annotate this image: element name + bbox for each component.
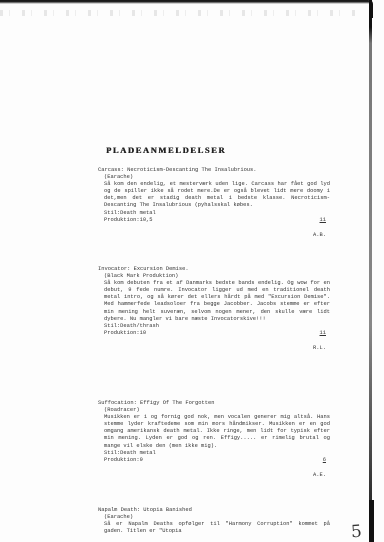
review-title: Suffocation: Effigy Of The Forgotten	[98, 400, 330, 407]
review-signature: A.B.	[98, 232, 326, 239]
review-invocator: Invocator: Excursion Demise. (Black Mark…	[98, 266, 330, 352]
scan-top-border	[0, 0, 372, 4]
review-style: Stil:Death/thrash	[104, 323, 330, 330]
scan-top-noise	[0, 10, 360, 16]
scan-right-edge-corner	[369, 0, 373, 18]
review-title: Invocator: Excursion Demise.	[98, 266, 330, 273]
review-production-row: Produktion:9 6	[104, 457, 330, 464]
review-body: Så kom den endelig, et mesterværk uden l…	[104, 181, 330, 209]
review-production-row: Produktion:10,5 11	[104, 217, 330, 224]
review-napalm-death: Napalm Death: Utopia Banished (Earache) …	[98, 507, 330, 535]
scanned-document-page: PLADEANMELDELSER Carcass: Necroticism-De…	[0, 0, 384, 542]
review-production: Produktion:10	[104, 330, 146, 337]
review-production: Produktion:10,5	[104, 217, 153, 224]
review-title: Carcass: Necroticism-Descanting The Insa…	[98, 167, 330, 174]
review-score: 11	[320, 330, 326, 337]
review-suffocation: Suffocation: Effigy Of The Forgotten (Ro…	[98, 400, 330, 479]
review-score: 11	[320, 217, 326, 224]
review-style: Stil:Death metal	[104, 210, 330, 217]
page-heading: PLADEANMELDELSER	[106, 145, 226, 155]
review-style: Stil:Death metal	[104, 450, 330, 457]
page-number: 5	[350, 522, 362, 542]
scan-right-edge-bottom	[369, 500, 374, 542]
review-signature: R.L.	[98, 345, 326, 352]
review-body: Så kom debuten fra et af Danmarks bedste…	[104, 280, 330, 323]
review-production-row: Produktion:10 11	[104, 330, 330, 337]
review-title: Napalm Death: Utopia Banished	[98, 507, 330, 514]
review-score: 6	[323, 457, 326, 464]
review-body: Så er Napalm Deaths opfølger til "Harmon…	[104, 521, 330, 535]
review-body: Musikken er i og fornig god nok, men voc…	[104, 414, 330, 449]
scan-right-edge	[369, 0, 372, 542]
review-signature: A.E.	[98, 472, 326, 479]
review-carcass: Carcass: Necroticism-Descanting The Insa…	[98, 167, 330, 239]
review-production: Produktion:9	[104, 457, 143, 464]
